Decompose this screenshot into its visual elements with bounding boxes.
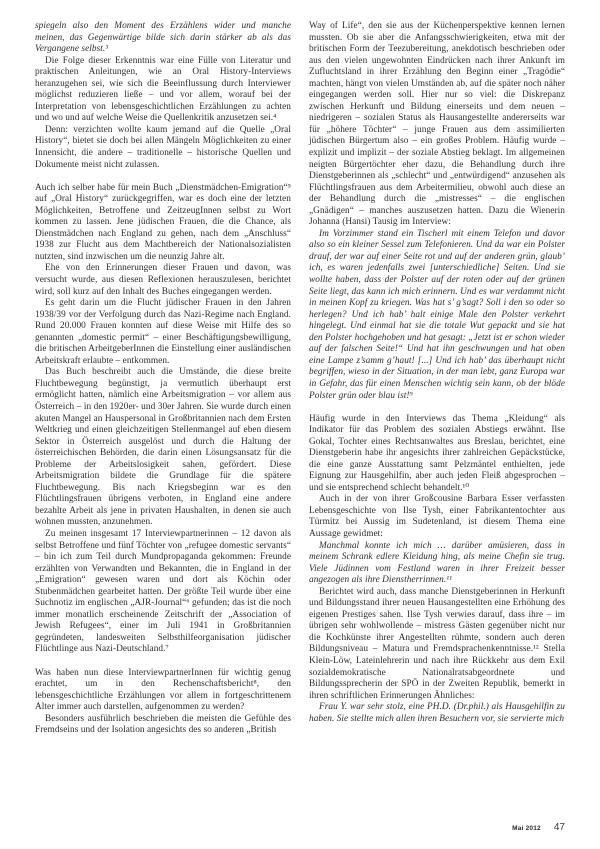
left-column: spiegeln also den Moment des Erzählens w… xyxy=(35,21,291,737)
paragraph: Berichtet wird auch, dass manche Dienstg… xyxy=(309,587,565,702)
issue-date: Mai 2012 xyxy=(512,825,541,832)
paragraph: Way of Life“, den sie aus der Küchenpers… xyxy=(309,21,565,229)
interview-quote: Frau Y. war sehr stolz, eine PH.D. (Dr.p… xyxy=(309,702,565,725)
text-columns: spiegeln also den Moment des Erzählens w… xyxy=(35,21,565,737)
paragraph: Denn: verzichten wollte kaum jemand auf … xyxy=(35,125,291,171)
paragraph: Ehe von den Erinnerungen dieser Frauen u… xyxy=(35,263,291,298)
paragraph: Die Folge dieser Erkenntnis war eine Fül… xyxy=(35,56,291,125)
page-footer: Mai 2012 47 xyxy=(512,822,565,833)
paragraph: Besonders ausführlich beschrieben die me… xyxy=(35,714,291,737)
interview-quote: Im Vorzimmer stand ein Tischerl mit eine… xyxy=(309,229,565,402)
page-number: 47 xyxy=(554,822,565,833)
paragraph: Zu meinen insgesamt 17 Interviewpartneri… xyxy=(35,529,291,656)
paragraph: spiegeln also den Moment des Erzählens w… xyxy=(35,21,291,56)
paragraph: Das Buch beschreibt auch die Umstände, d… xyxy=(35,367,291,529)
paragraph: Häufig wurde in den Interviews das Thema… xyxy=(309,414,565,495)
interview-quote: Manchmal konnte ich mich … darüber amüsi… xyxy=(309,541,565,587)
paragraph: Es geht darin um die Flucht jüdischer Fr… xyxy=(35,298,291,367)
document-page: spiegeln also den Moment des Erzählens w… xyxy=(0,0,600,849)
paragraph: Auch ich selber habe für mein Buch „Dien… xyxy=(35,183,291,264)
paragraph: Was haben nun diese InterviewpartnerInne… xyxy=(35,668,291,714)
paragraph: Auch in der von ihrer Großcousine Barbar… xyxy=(309,494,565,540)
right-column: Way of Life“, den sie aus der Küchenpers… xyxy=(309,21,565,737)
